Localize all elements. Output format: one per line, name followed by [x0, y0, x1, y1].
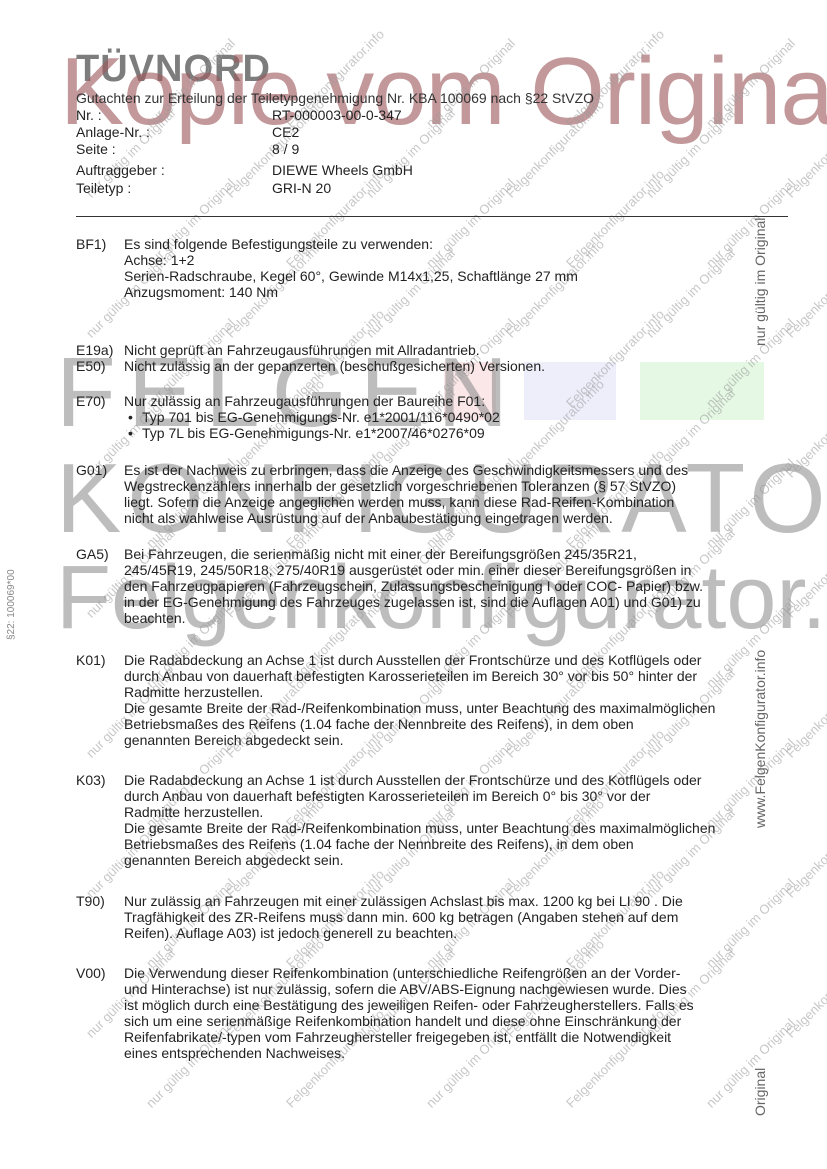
clause-line: Betriebsmaßes des Reifens (1.04 fache de…	[124, 716, 790, 732]
clause-line: sich um eine serienmäßige Reifenkombinat…	[124, 1013, 790, 1029]
clause-bf1: BF1)Es sind folgende Befestigungsteile z…	[76, 236, 790, 300]
clause-line: Wegstreckenzählers innerhalb der gesetzl…	[124, 478, 790, 494]
clause-code: G01)	[76, 462, 107, 478]
clause-line: Die gesamte Breite der Rad-/Reifenkombin…	[124, 820, 790, 836]
clause-line: liegt. Sofern die Anzeige angeglichen we…	[124, 494, 790, 510]
clause-line: Anzugsmoment: 140 Nm	[124, 284, 790, 300]
clause-code: BF1)	[76, 236, 106, 252]
clause-text: Die Radabdeckung an Achse 1 ist durch Au…	[124, 652, 790, 748]
clause-line: Die gesamte Breite der Rad-/Reifenkombin…	[124, 700, 790, 716]
clause-line: Serien-Radschraube, Kegel 60°, Gewinde M…	[124, 268, 790, 284]
side-reference-number: §22: 100069*00	[6, 569, 17, 640]
clause-line: Es sind folgende Befestigungsteile zu ve…	[124, 236, 790, 252]
clause-line: Die Verwendung dieser Reifenkombination …	[124, 965, 790, 981]
header-label: Auftraggeber :	[76, 162, 165, 179]
vertical-watermark-bottom: Original	[752, 1068, 768, 1116]
clause-v00: V00)Die Verwendung dieser Reifenkombinat…	[76, 965, 790, 1061]
clause-line: den Fahrzeugpapieren (Fahrzeugschein, Zu…	[124, 578, 790, 594]
clause-text: Die Radabdeckung an Achse 1 ist durch Au…	[124, 772, 790, 868]
document-title: Gutachten zur Erteilung der Teiletypgene…	[76, 90, 594, 107]
clause-k01: K01)Die Radabdeckung an Achse 1 ist durc…	[76, 652, 790, 748]
clause-code: T90)	[76, 893, 105, 909]
clause-code: E19a)	[76, 342, 113, 358]
header-divider	[76, 216, 788, 217]
header-label: Teiletyp :	[76, 180, 131, 197]
header-label: Anlage-Nr. :	[76, 124, 150, 141]
clause-line: Nicht geprüft an Fahrzeugausführungen mi…	[124, 342, 790, 358]
clause-code: E50)	[76, 358, 106, 374]
clause-line: Die Radabdeckung an Achse 1 ist durch Au…	[124, 652, 790, 668]
clause-line: Tragfähigkeit des ZR-Reifens muss dann m…	[124, 909, 790, 925]
clause-line: in der EG-Genehmigung des Fahrzeuges zug…	[124, 594, 790, 610]
clause-line: Die Radabdeckung an Achse 1 ist durch Au…	[124, 772, 790, 788]
document-page: TÜVNORD Kopie vom Original FELGEN KONFIG…	[0, 0, 827, 1169]
clause-text: Nicht geprüft an Fahrzeugausführungen mi…	[124, 342, 790, 358]
clause-line: durch Anbau von dauerhaft befestigten Ka…	[124, 668, 790, 684]
clause-line: beachten.	[124, 610, 790, 626]
header-label: Nr. :	[76, 107, 102, 124]
clause-line: Betriebsmaßes des Reifens (1.04 fache de…	[124, 836, 790, 852]
clause-line: Bei Fahrzeugen, die serienmäßig nicht mi…	[124, 546, 790, 562]
clause-line: Nur zulässig an Fahrzeugen mit einer zul…	[124, 893, 790, 909]
clause-code: V00)	[76, 965, 106, 981]
header-value: DIEWE Wheels GmbH	[272, 162, 413, 179]
clause-text: Bei Fahrzeugen, die serienmäßig nicht mi…	[124, 546, 790, 626]
header-value: CE2	[272, 124, 299, 141]
clause-line: Nur zulässig an Fahrzeugausführungen der…	[124, 393, 790, 409]
clause-line: genannten Bereich abgedeckt sein.	[124, 852, 790, 868]
clause-line: Reifen). Auflage A03) ist jedoch generel…	[124, 925, 790, 941]
clause-bullet-list: Typ 701 bis EG-Genehmigungs-Nr. e1*2001/…	[124, 409, 790, 441]
clause-g01: G01)Es ist der Nachweis zu erbringen, da…	[76, 462, 790, 526]
clause-line: durch Anbau von dauerhaft befestigten Ka…	[124, 788, 790, 804]
clause-text: Nur zulässig an Fahrzeugausführungen der…	[124, 393, 790, 441]
clause-line: Radmitte herzustellen.	[124, 684, 790, 700]
clause-code: E70)	[76, 393, 106, 409]
clause-e50: E50)Nicht zulässig an der gepanzerten (b…	[76, 358, 790, 374]
clause-line: ist möglich durch eine Bestätigung des j…	[124, 997, 790, 1013]
clause-line: und Hinterachse) ist nur zulässig, sofer…	[124, 981, 790, 997]
clause-line: nicht als wahlweise Ausrüstung auf der A…	[124, 510, 790, 526]
clause-bullet-item: Typ 701 bis EG-Genehmigungs-Nr. e1*2001/…	[124, 409, 790, 425]
clause-t90: T90)Nur zulässig an Fahrzeugen mit einer…	[76, 893, 790, 941]
clause-text: Es sind folgende Befestigungsteile zu ve…	[124, 236, 790, 300]
clause-line: Radmitte herzustellen.	[124, 804, 790, 820]
clause-code: K03)	[76, 772, 106, 788]
clause-line: Achse: 1+2	[124, 252, 790, 268]
clause-text: Nur zulässig an Fahrzeugen mit einer zul…	[124, 893, 790, 941]
header-value: RT-000003-00-0-347	[272, 107, 402, 124]
clause-line: eines entsprechenden Nachweises.	[124, 1045, 790, 1061]
clause-text: Es ist der Nachweis zu erbringen, dass d…	[124, 462, 790, 526]
clause-e19a: E19a)Nicht geprüft an Fahrzeugausführung…	[76, 342, 790, 358]
clause-code: GA5)	[76, 546, 109, 562]
vertical-watermark-top: nur gültig im Original	[752, 218, 768, 346]
clause-line: Reifenfabrikate/-typen vom Fahrzeugherst…	[124, 1029, 790, 1045]
header-value: 8 / 9	[272, 141, 299, 158]
clause-text: Nicht zulässig an der gepanzerten (besch…	[124, 358, 790, 374]
header-label: Seite :	[76, 141, 116, 158]
vertical-watermark-url: www.FelgenKonfigurator.info	[752, 650, 768, 828]
clause-ga5: GA5)Bei Fahrzeugen, die serienmäßig nich…	[76, 546, 790, 626]
clause-code: K01)	[76, 652, 106, 668]
clause-line: 245/45R19, 245/50R18, 275/40R19 ausgerüs…	[124, 562, 790, 578]
clause-line: genannten Bereich abgedeckt sein.	[124, 732, 790, 748]
clause-text: Die Verwendung dieser Reifenkombination …	[124, 965, 790, 1061]
clause-k03: K03)Die Radabdeckung an Achse 1 ist durc…	[76, 772, 790, 868]
clause-line: Es ist der Nachweis zu erbringen, dass d…	[124, 462, 790, 478]
clause-line: Nicht zulässig an der gepanzerten (besch…	[124, 358, 790, 374]
clause-e70: E70)Nur zulässig an Fahrzeugausführungen…	[76, 393, 790, 441]
header-value: GRI-N 20	[272, 180, 331, 197]
clause-bullet-item: Typ 7L bis EG-Genehmigungs-Nr. e1*2007/4…	[124, 425, 790, 441]
